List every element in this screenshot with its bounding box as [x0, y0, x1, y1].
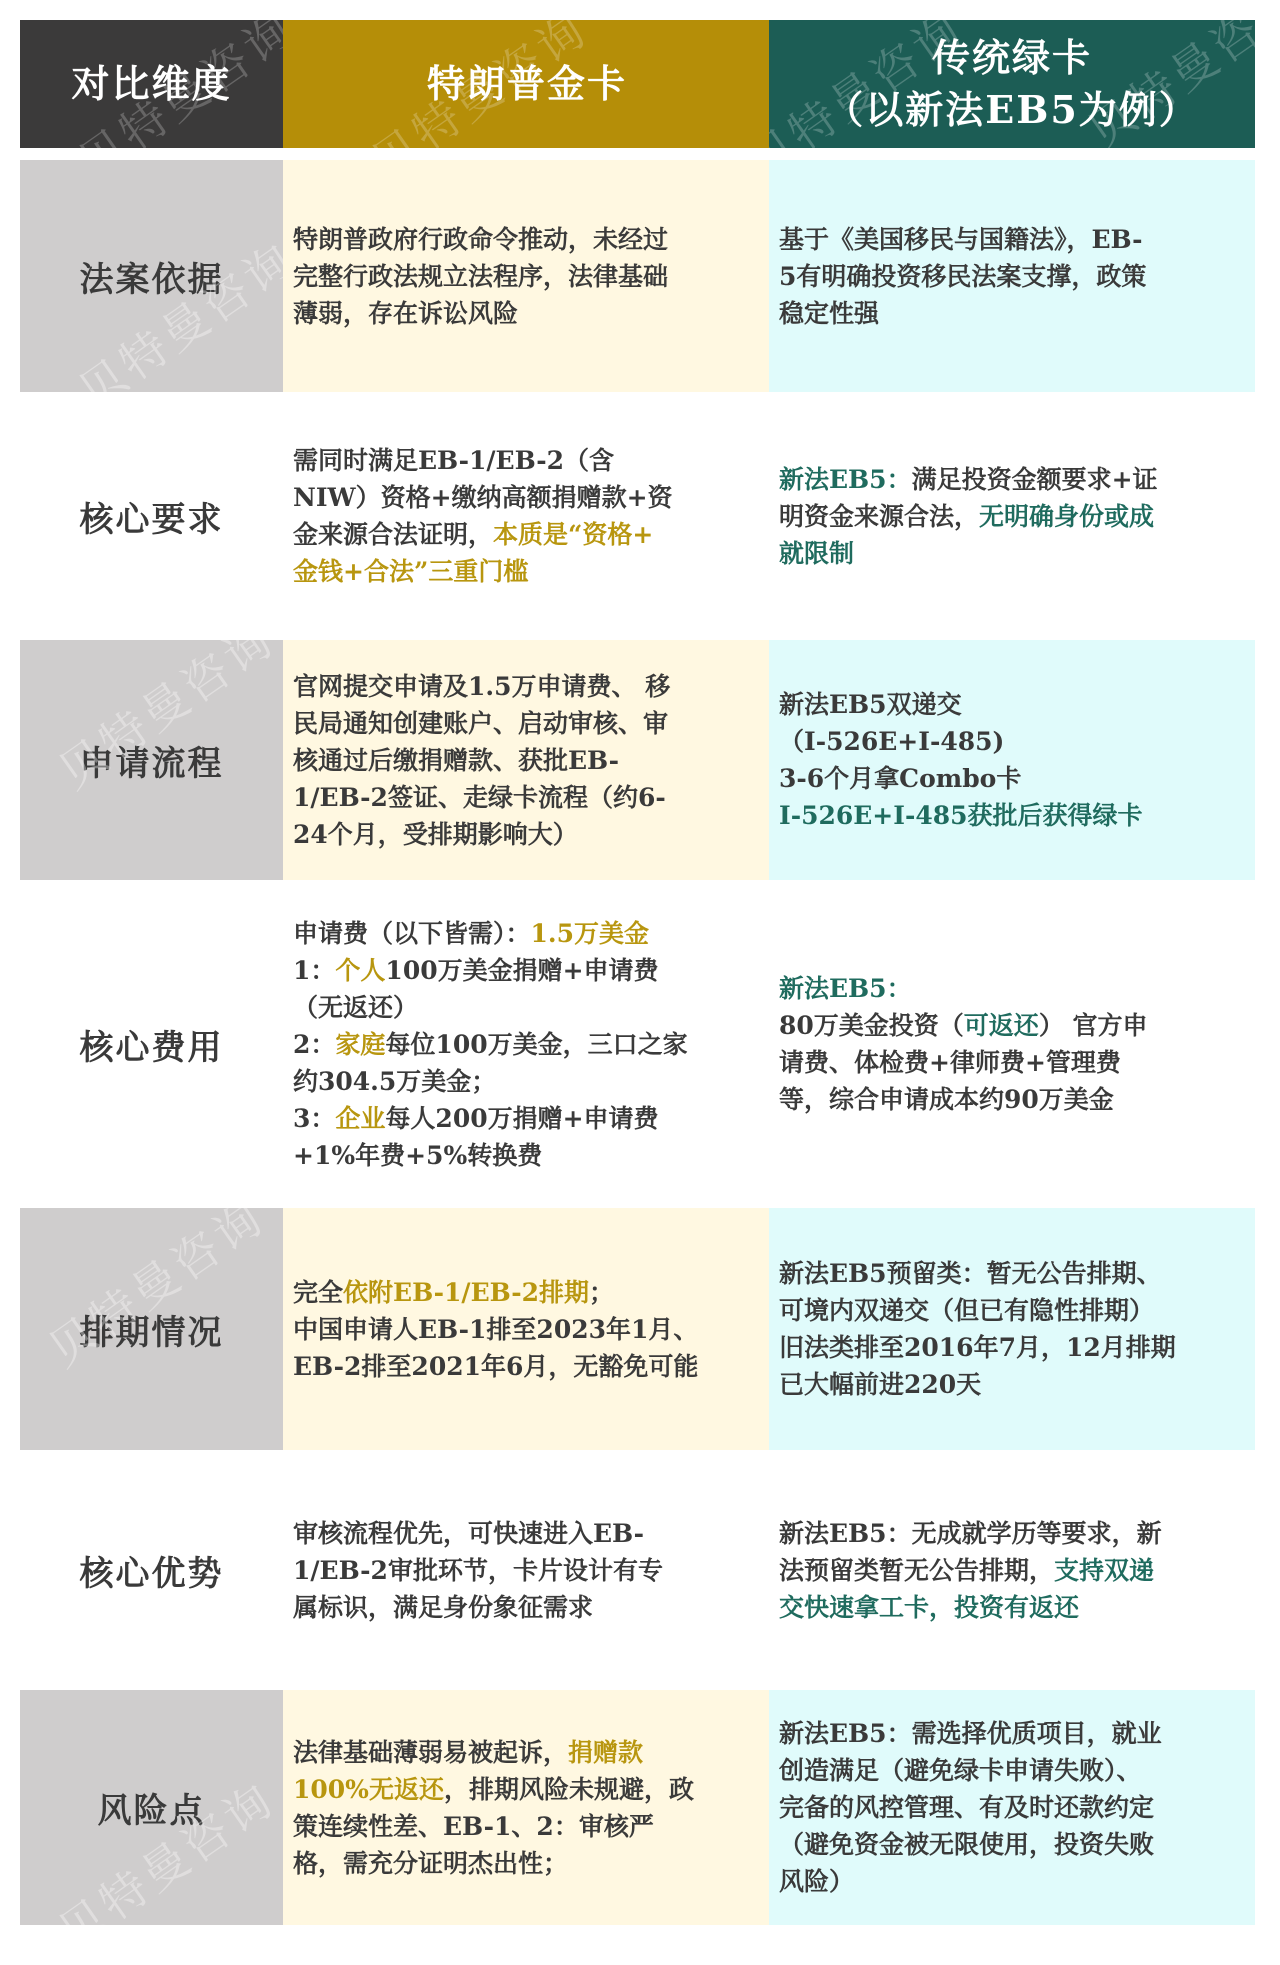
dimension-cell: 法案依据 贝特曼咨询	[20, 160, 283, 392]
gold-card-cell: 申请费（以下皆需）：1.5万美金1：个人100万美金捐赠+申请费（无返还）2：家…	[283, 880, 769, 1208]
text-segment: 5有明确投资移民法案支撑，政策	[779, 262, 1146, 291]
gold-card-cell: 法律基础薄弱易被起诉，捐赠款100%无返还，排期风险未规避，政策连续性差、EB-…	[283, 1690, 769, 1925]
gold-card-cell: 官网提交申请及1.5万申请费、 移民局通知创建账户、启动审核、审核通过后缴捐赠款…	[283, 640, 769, 880]
text-line: （I-526E+I-485)	[779, 723, 1143, 760]
text-line: 1/EB-2审批环节，卡片设计有专	[293, 1552, 663, 1589]
green-card-cell: 新法EB5：80万美金投资（可返还） 官方申请费、体检费+律师费+管理费等，综合…	[769, 880, 1255, 1208]
gold-card-text: 官网提交申请及1.5万申请费、 移民局通知创建账户、启动审核、审核通过后缴捐赠款…	[293, 668, 670, 853]
highlight-green: 无明确身份或成	[979, 502, 1154, 531]
text-segment: 审核流程优先，可快速进入EB-	[293, 1519, 644, 1548]
text-segment: 属标识，满足身份象征需求	[293, 1593, 593, 1622]
text-segment: 每位100万美金，三口之家	[385, 1030, 687, 1059]
text-line: 稳定性强	[779, 295, 1146, 332]
gold-card-text: 法律基础薄弱易被起诉，捐赠款100%无返还，排期风险未规避，政策连续性差、EB-…	[293, 1734, 694, 1882]
dimension-label: 法案依据	[80, 252, 224, 301]
dimension-cell: 排期情况 贝特曼咨询	[20, 1208, 283, 1450]
highlight-gold: 1.5万美金	[531, 919, 650, 948]
text-line: 可境内双递交（但已有隐性排期）	[779, 1292, 1176, 1329]
text-line: 交快速拿工卡，投资有返还	[779, 1589, 1162, 1626]
text-segment: 100万美金捐赠+申请费	[385, 956, 658, 985]
text-segment: 新法EB5双递交	[779, 690, 962, 719]
text-segment: 核通过后缴捐赠款、获批EB-	[293, 746, 619, 775]
watermark-text: 贝特曼咨询	[34, 1208, 277, 1380]
text-segment: 中国申请人EB-1排至2023年1月、	[293, 1315, 698, 1344]
text-segment: 新法EB5：需选择优质项目，就业	[779, 1719, 1162, 1748]
text-line: 5有明确投资移民法案支撑，政策	[779, 258, 1146, 295]
text-segment: 特朗普政府行政命令推动，未经过	[293, 225, 668, 254]
highlight-gold: 金钱+合法”	[293, 557, 428, 586]
text-segment: 每人200万捐赠+申请费	[385, 1104, 658, 1133]
text-segment: 可境内双递交（但已有隐性排期）	[779, 1296, 1154, 1325]
text-segment: ；	[589, 1278, 614, 1307]
green-card-cell: 新法EB5双递交（I-526E+I-485)3-6个月拿Combo卡I-526E…	[769, 640, 1255, 880]
highlight-green: I-526E+I-485获批后获得绿卡	[779, 801, 1143, 830]
text-line: 金钱+合法”三重门槛	[293, 553, 673, 590]
text-line: 民局通知创建账户、启动审核、审	[293, 705, 670, 742]
table-row: 申请流程 贝特曼咨询 官网提交申请及1.5万申请费、 移民局通知创建账户、启动审…	[20, 640, 1255, 880]
text-line: 风险）	[779, 1863, 1162, 1900]
text-line: 3：企业每人200万捐赠+申请费	[293, 1100, 688, 1137]
gold-card-cell: 特朗普政府行政命令推动，未经过完整行政法规立法程序，法律基础薄弱，存在诉讼风险	[283, 160, 769, 392]
text-line: 新法EB5：需选择优质项目，就业	[779, 1715, 1162, 1752]
highlight-green: 新法EB5：	[779, 465, 912, 494]
text-segment: 24个月，受排期影响大）	[293, 820, 578, 849]
text-line: EB-2排至2021年6月，无豁免可能	[293, 1348, 698, 1385]
dimension-label: 核心要求	[80, 492, 224, 541]
green-card-text: 新法EB5预留类：暂无公告排期、可境内双递交（但已有隐性排期）旧法类排至2016…	[779, 1255, 1176, 1403]
gold-card-text: 申请费（以下皆需）：1.5万美金1：个人100万美金捐赠+申请费（无返还）2：家…	[293, 915, 688, 1174]
highlight-gold: 三重门槛	[428, 557, 528, 586]
text-segment: 新法EB5预留类：暂无公告排期、	[779, 1259, 1162, 1288]
text-segment: 风险）	[779, 1867, 854, 1896]
dimension-cell: 申请流程 贝特曼咨询	[20, 640, 283, 880]
text-line: 完备的风控管理、有及时还款约定	[779, 1789, 1162, 1826]
text-segment: 创造满足（避免绿卡申请失败）、	[779, 1756, 1142, 1785]
text-segment: 完全	[293, 1278, 343, 1307]
dimension-cell: 核心费用	[20, 880, 283, 1208]
text-segment: 基于《美国移民与国籍法》，EB-	[779, 225, 1143, 254]
gold-card-text: 完全依附EB-1/EB-2排期；中国申请人EB-1排至2023年1月、EB-2排…	[293, 1274, 698, 1385]
text-line: 1：个人100万美金捐赠+申请费	[293, 952, 688, 989]
highlight-green: 可返还	[964, 1011, 1039, 1040]
dimension-cell: 核心优势	[20, 1450, 283, 1690]
text-line: 3-6个月拿Combo卡	[779, 760, 1143, 797]
text-segment: 法律基础薄弱易被起诉，	[293, 1738, 568, 1767]
text-segment: 明资金来源合法，	[779, 502, 979, 531]
text-segment: 法预留类暂无公告排期，	[779, 1556, 1054, 1585]
text-line: 就限制	[779, 535, 1158, 572]
text-segment: 3-6个月拿Combo卡	[779, 764, 1021, 793]
text-line: 薄弱，存在诉讼风险	[293, 295, 668, 332]
text-segment: EB-2排至2021年6月，无豁免可能	[293, 1352, 698, 1381]
green-card-cell: 基于《美国移民与国籍法》，EB-5有明确投资移民法案支撑，政策稳定性强	[769, 160, 1255, 392]
text-segment: 1/EB-2审批环节，卡片设计有专	[293, 1556, 663, 1585]
highlight-gold: 本质是“资格+	[493, 520, 653, 549]
text-line: 特朗普政府行政命令推动，未经过	[293, 221, 668, 258]
header-traditional-green-card-title: 传统绿卡	[932, 32, 1092, 84]
text-segment: 1：	[293, 956, 335, 985]
text-segment: 已大幅前进220天	[779, 1370, 981, 1399]
header-traditional-green-card-subtitle: （以新法EB5为例）	[825, 84, 1199, 136]
table-row: 法案依据 贝特曼咨询 特朗普政府行政命令推动，未经过完整行政法规立法程序，法律基…	[20, 160, 1255, 392]
text-line: 审核流程优先，可快速进入EB-	[293, 1515, 663, 1552]
comparison-table: 对比维度 贝特曼咨询 特朗普金卡 贝特曼咨询 传统绿卡 （以新法EB5为例） 贝…	[20, 20, 1255, 1925]
text-segment: 策连续性差、EB-1、2：审核严	[293, 1812, 654, 1841]
text-segment: 薄弱，存在诉讼风险	[293, 299, 518, 328]
text-segment: 请费、体检费+律师费+管理费	[779, 1048, 1121, 1077]
green-card-text: 新法EB5：80万美金投资（可返还） 官方申请费、体检费+律师费+管理费等，综合…	[779, 970, 1148, 1118]
dimension-label: 排期情况	[80, 1305, 224, 1354]
gold-card-cell: 完全依附EB-1/EB-2排期；中国申请人EB-1排至2023年1月、EB-2排…	[283, 1208, 769, 1450]
text-segment: 2：	[293, 1030, 335, 1059]
table-header-row: 对比维度 贝特曼咨询 特朗普金卡 贝特曼咨询 传统绿卡 （以新法EB5为例） 贝…	[20, 20, 1255, 148]
header-trump-gold-card: 特朗普金卡 贝特曼咨询	[283, 20, 769, 148]
text-line: 等，综合申请成本约90万美金	[779, 1081, 1148, 1118]
highlight-gold: 企业	[335, 1104, 385, 1133]
text-line: 2：家庭每位100万美金，三口之家	[293, 1026, 688, 1063]
dimension-label: 申请流程	[80, 736, 224, 785]
text-segment: 约304.5万美金；	[293, 1067, 496, 1096]
green-card-cell: 新法EB5预留类：暂无公告排期、可境内双递交（但已有隐性排期）旧法类排至2016…	[769, 1208, 1255, 1450]
text-segment: +1%年费+5%转换费	[293, 1141, 542, 1170]
highlight-green: 交快速拿工卡，投资有返还	[779, 1593, 1079, 1622]
table-row: 核心要求 需同时满足EB-1/EB-2（含NIW）资格+缴纳高额捐赠款+资金来源…	[20, 392, 1255, 640]
dimension-label: 核心优势	[80, 1546, 224, 1595]
gold-card-cell: 需同时满足EB-1/EB-2（含NIW）资格+缴纳高额捐赠款+资金来源合法证明，…	[283, 392, 769, 640]
watermark-text: 贝特曼咨询	[64, 224, 283, 392]
highlight-gold: 依附EB-1/EB-2排期	[343, 1278, 589, 1307]
text-segment: 旧法类排至2016年7月，12月排期	[779, 1333, 1176, 1362]
text-line: 新法EB5：无成就学历等要求，新	[779, 1515, 1162, 1552]
highlight-gold: 100%无返还	[293, 1775, 444, 1804]
table-row: 排期情况 贝特曼咨询 完全依附EB-1/EB-2排期；中国申请人EB-1排至20…	[20, 1208, 1255, 1450]
text-segment: 满足投资金额要求+证	[912, 465, 1158, 494]
highlight-green: 支持双递	[1054, 1556, 1154, 1585]
text-segment: 稳定性强	[779, 299, 879, 328]
text-segment: 需同时满足EB-1/EB-2（含	[293, 446, 614, 475]
header-traditional-green-card: 传统绿卡 （以新法EB5为例） 贝特曼咨询 贝特曼咨询	[769, 20, 1255, 148]
text-segment: 完备的风控管理、有及时还款约定	[779, 1793, 1154, 1822]
green-card-cell: 新法EB5：满足投资金额要求+证明资金来源合法，无明确身份或成就限制	[769, 392, 1255, 640]
highlight-green: 就限制	[779, 539, 854, 568]
text-segment: ，排期风险未规避，政	[444, 1775, 694, 1804]
text-line: 格，需充分证明杰出性；	[293, 1845, 694, 1882]
dimension-label: 风险点	[98, 1783, 206, 1832]
header-trump-gold-card-label: 特朗普金卡	[427, 58, 627, 110]
dimension-cell: 风险点 贝特曼咨询	[20, 1690, 283, 1925]
text-line: 申请费（以下皆需）：1.5万美金	[293, 915, 688, 952]
text-line: +1%年费+5%转换费	[293, 1137, 688, 1174]
gold-card-text: 审核流程优先，可快速进入EB-1/EB-2审批环节，卡片设计有专属标识，满足身份…	[293, 1515, 663, 1626]
green-card-text: 新法EB5：需选择优质项目，就业创造满足（避免绿卡申请失败）、完备的风控管理、有…	[779, 1715, 1162, 1900]
gold-card-text: 特朗普政府行政命令推动，未经过完整行政法规立法程序，法律基础薄弱，存在诉讼风险	[293, 221, 668, 332]
highlight-gold: 家庭	[335, 1030, 385, 1059]
text-segment: 民局通知创建账户、启动审核、审	[293, 709, 668, 738]
text-line: 核通过后缴捐赠款、获批EB-	[293, 742, 670, 779]
text-segment: （无返还）	[293, 993, 418, 1022]
gold-card-cell: 审核流程优先，可快速进入EB-1/EB-2审批环节，卡片设计有专属标识，满足身份…	[283, 1450, 769, 1690]
text-line: 1/EB-2签证、走绿卡流程（约6-	[293, 779, 670, 816]
text-line: I-526E+I-485获批后获得绿卡	[779, 797, 1143, 834]
dimension-cell: 核心要求	[20, 392, 283, 640]
text-segment: NIW）资格+缴纳高额捐赠款+资	[293, 483, 673, 512]
text-line: （无返还）	[293, 989, 688, 1026]
text-line: 新法EB5：满足投资金额要求+证	[779, 461, 1158, 498]
text-line: 属标识，满足身份象征需求	[293, 1589, 663, 1626]
text-line: 基于《美国移民与国籍法》，EB-	[779, 221, 1146, 258]
text-segment: （避免资金被无限使用，投资失败	[779, 1830, 1154, 1859]
text-line: 完全依附EB-1/EB-2排期；	[293, 1274, 698, 1311]
green-card-cell: 新法EB5：需选择优质项目，就业创造满足（避免绿卡申请失败）、完备的风控管理、有…	[769, 1690, 1255, 1925]
text-line: 中国申请人EB-1排至2023年1月、	[293, 1311, 698, 1348]
text-line: 100%无返还，排期风险未规避，政	[293, 1771, 694, 1808]
text-line: 请费、体检费+律师费+管理费	[779, 1044, 1148, 1081]
text-segment: 新法EB5：无成就学历等要求，新	[779, 1519, 1162, 1548]
text-segment: 格，需充分证明杰出性；	[293, 1849, 568, 1878]
text-line: 明资金来源合法，无明确身份或成	[779, 498, 1158, 535]
text-segment: 金来源合法证明，	[293, 520, 493, 549]
text-line: 金来源合法证明，本质是“资格+	[293, 516, 673, 553]
text-line: 完整行政法规立法程序，法律基础	[293, 258, 668, 295]
text-line: NIW）资格+缴纳高额捐赠款+资	[293, 479, 673, 516]
text-line: 80万美金投资（可返还） 官方申	[779, 1007, 1148, 1044]
text-segment: 80万美金投资（	[779, 1011, 964, 1040]
text-segment: 1/EB-2签证、走绿卡流程（约6-	[293, 783, 666, 812]
text-line: 法预留类暂无公告排期，支持双递	[779, 1552, 1162, 1589]
highlight-gold: 个人	[335, 956, 385, 985]
green-card-text: 基于《美国移民与国籍法》，EB-5有明确投资移民法案支撑，政策稳定性强	[779, 221, 1146, 332]
text-segment: （I-526E+I-485)	[779, 727, 1004, 756]
text-line: 新法EB5：	[779, 970, 1148, 1007]
text-line: 需同时满足EB-1/EB-2（含	[293, 442, 673, 479]
text-line: 策连续性差、EB-1、2：审核严	[293, 1808, 694, 1845]
text-segment: 申请费（以下皆需）：	[293, 919, 531, 948]
highlight-gold: 捐赠款	[568, 1738, 643, 1767]
header-dimension: 对比维度 贝特曼咨询	[20, 20, 283, 148]
text-line: （避免资金被无限使用，投资失败	[779, 1826, 1162, 1863]
text-segment: 官网提交申请及1.5万申请费、 移	[293, 672, 670, 701]
text-line: 约304.5万美金；	[293, 1063, 688, 1100]
text-line: 创造满足（避免绿卡申请失败）、	[779, 1752, 1162, 1789]
dimension-label: 核心费用	[80, 1020, 224, 1069]
table-row: 核心费用 申请费（以下皆需）：1.5万美金1：个人100万美金捐赠+申请费（无返…	[20, 880, 1255, 1208]
text-line: 旧法类排至2016年7月，12月排期	[779, 1329, 1176, 1366]
green-card-text: 新法EB5双递交（I-526E+I-485)3-6个月拿Combo卡I-526E…	[779, 686, 1143, 834]
table-row: 风险点 贝特曼咨询 法律基础薄弱易被起诉，捐赠款100%无返还，排期风险未规避，…	[20, 1690, 1255, 1925]
green-card-text: 新法EB5：无成就学历等要求，新法预留类暂无公告排期，支持双递交快速拿工卡，投资…	[779, 1515, 1162, 1626]
text-line: 24个月，受排期影响大）	[293, 816, 670, 853]
green-card-cell: 新法EB5：无成就学历等要求，新法预留类暂无公告排期，支持双递交快速拿工卡，投资…	[769, 1450, 1255, 1690]
text-line: 已大幅前进220天	[779, 1366, 1176, 1403]
text-line: 新法EB5预留类：暂无公告排期、	[779, 1255, 1176, 1292]
text-segment: 3：	[293, 1104, 335, 1133]
text-segment: 完整行政法规立法程序，法律基础	[293, 262, 668, 291]
gold-card-text: 需同时满足EB-1/EB-2（含NIW）资格+缴纳高额捐赠款+资金来源合法证明，…	[293, 442, 673, 590]
text-segment: 等，综合申请成本约90万美金	[779, 1085, 1114, 1114]
table-row: 核心优势 审核流程优先，可快速进入EB-1/EB-2审批环节，卡片设计有专属标识…	[20, 1450, 1255, 1690]
text-line: 法律基础薄弱易被起诉，捐赠款	[293, 1734, 694, 1771]
text-line: 官网提交申请及1.5万申请费、 移	[293, 668, 670, 705]
header-dimension-label: 对比维度	[71, 58, 231, 110]
highlight-green: 新法EB5：	[779, 974, 912, 1003]
green-card-text: 新法EB5：满足投资金额要求+证明资金来源合法，无明确身份或成就限制	[779, 461, 1158, 572]
text-line: 新法EB5双递交	[779, 686, 1143, 723]
text-segment: ） 官方申	[1039, 1011, 1148, 1040]
